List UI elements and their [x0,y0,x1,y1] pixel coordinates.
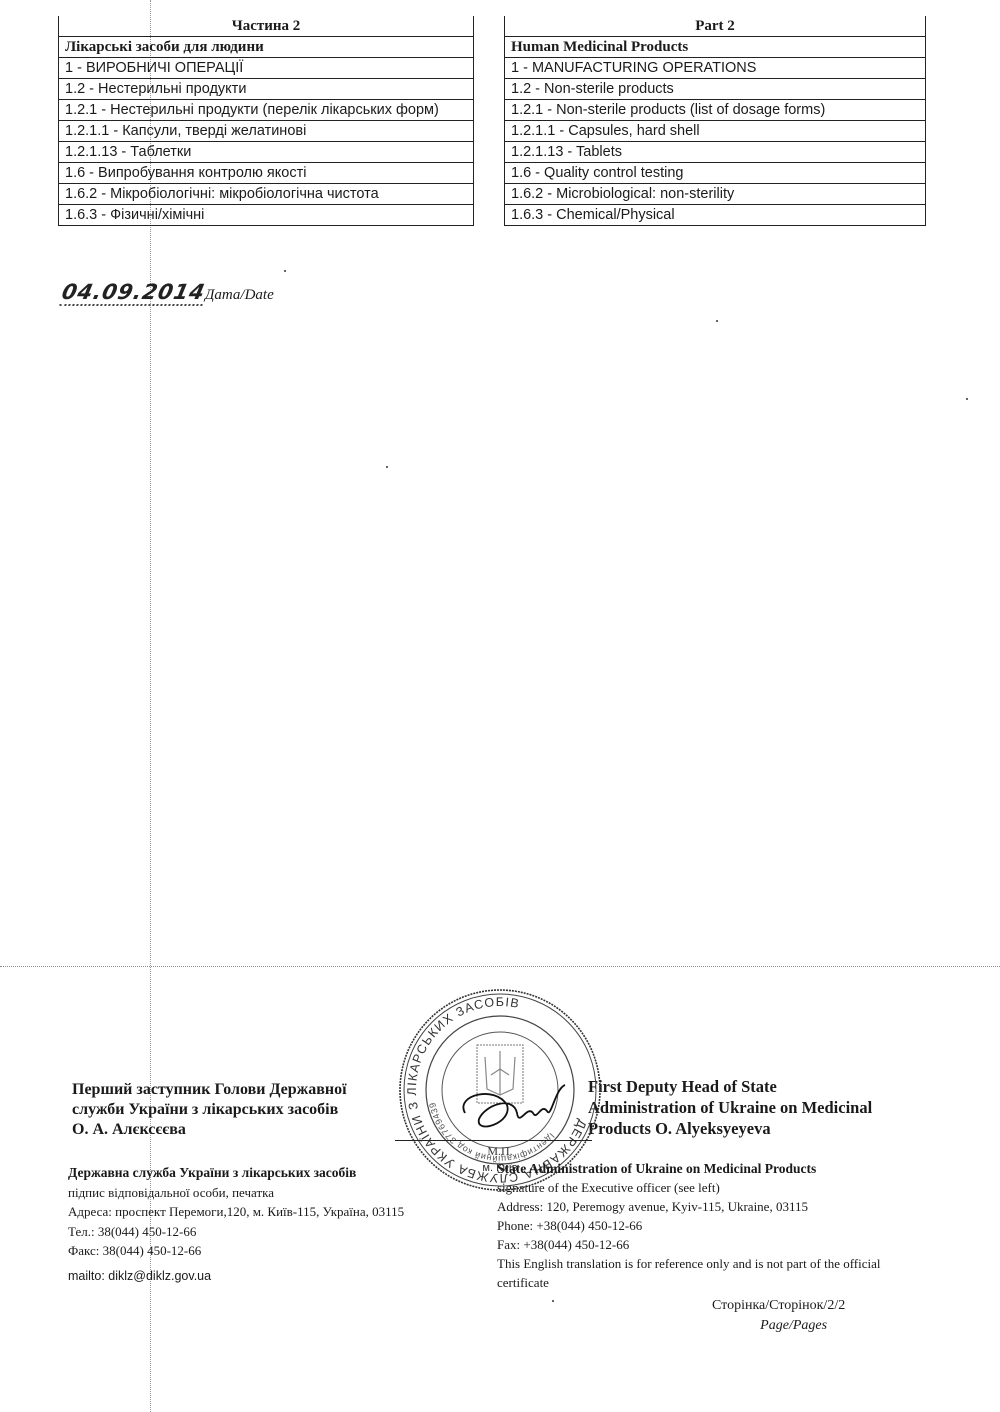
contact-address: Адреса: проспект Перемоги,120, м. Київ-1… [68,1202,404,1222]
table-row: 1.2.1.1 - Capsules, hard shell [505,121,926,142]
table-row: 1.6.2 - Мікробіологічні: мікробіологічна… [59,184,474,205]
date-label: Дата/Date [205,287,274,303]
contact-org: Державна служба України з лікарських зас… [68,1163,404,1183]
table-row: 1.6 - Quality control testing [505,163,926,184]
signatory-line: Administration of Ukraine on Medicinal [588,1097,872,1118]
page-counter: Сторінка/Сторінок/2/2 Page/Pages [712,1296,845,1336]
contact-fax: Fax: +38(044) 450-12-66 [497,1235,897,1254]
table-row: 1.2.1 - Non-sterile products (list of do… [505,100,926,121]
scan-speck [966,398,968,400]
table-row: 1 - ВИРОБНИЧІ ОПЕРАЦІЇ [59,58,474,79]
signatory-line: First Deputy Head of State [588,1076,872,1097]
contact-org: State Administration of Ukraine on Medic… [497,1159,897,1178]
contact-address: Address: 120, Peremogy avenue, Kyiv-115,… [497,1197,897,1216]
contact-email-link[interactable]: mailto: diklz@diklz.gov.ua [68,1267,404,1287]
table-row: Лікарські засоби для людини [59,37,474,58]
table-row: 1.2.1.13 - Таблетки [59,142,474,163]
signatory-line: Products O. Alyeksyeyeva [588,1118,872,1139]
contact-fax: Факс: 38(044) 450-12-66 [68,1241,404,1261]
scan-speck [716,320,718,322]
stamp-mp-text: М.П. [487,1144,512,1158]
signatory-ukrainian: Перший заступник Голови Державної служби… [72,1080,347,1140]
signatory-line: служби України з лікарських засобів [72,1100,347,1120]
table-row: 1.2.1.1 - Капсули, тверді желатинові [59,121,474,142]
contacts-ukrainian: Державна служба України з лікарських зас… [68,1163,404,1286]
table-title: Частина 2 [59,16,474,37]
table-row: 1.2.1.13 - Tablets [505,142,926,163]
table-row: 1 - MANUFACTURING OPERATIONS [505,58,926,79]
handwritten-date: 04.09.2014 [59,280,207,306]
page-counter-english: Page/Pages [742,1316,845,1336]
table-row: 1.2 - Non-sterile products [505,79,926,100]
scan-speck [284,270,286,272]
signature-line [395,1140,592,1141]
contact-phone: Phone: +38(044) 450-12-66 [497,1216,897,1235]
table-row: Human Medicinal Products [505,37,926,58]
table-title: Part 2 [505,16,926,37]
contact-note: signature of the Executive officer (see … [497,1178,897,1197]
scan-artifact-horizontal-line [0,966,1000,967]
page-counter-ukrainian: Сторінка/Сторінок/2/2 [712,1298,845,1313]
translation-disclaimer: This English translation is for referenc… [497,1254,897,1292]
english-operations-table: Part 2 Human Medicinal Products 1 - MANU… [504,16,926,226]
table-row: 1.6 - Випробування контролю якості [59,163,474,184]
signatory-line: Перший заступник Голови Державної [72,1080,347,1100]
contact-note: підпис відповідальної особи, печатка [68,1183,404,1203]
table-row: 1.6.2 - Microbiological: non-sterility [505,184,926,205]
scan-speck [552,1300,554,1302]
table-row: 1.6.3 - Chemical/Physical [505,205,926,226]
scan-speck [386,466,388,468]
table-row: 1.2.1 - Нестерильні продукти (перелік лі… [59,100,474,121]
table-row: 1.6.3 - Фізичні/хімічні [59,205,474,226]
ukrainian-operations-table: Частина 2 Лікарські засоби для людини 1 … [58,16,474,226]
table-row: 1.2 - Нестерильні продукти [59,79,474,100]
contact-phone: Тел.: 38(044) 450-12-66 [68,1222,404,1242]
signatory-line: О. А. Алєксєєва [72,1120,347,1140]
date-field: 04.09.2014Дата/Date [62,280,274,306]
signatory-english: First Deputy Head of State Administratio… [588,1076,872,1139]
contacts-english: State Administration of Ukraine on Medic… [497,1159,897,1292]
